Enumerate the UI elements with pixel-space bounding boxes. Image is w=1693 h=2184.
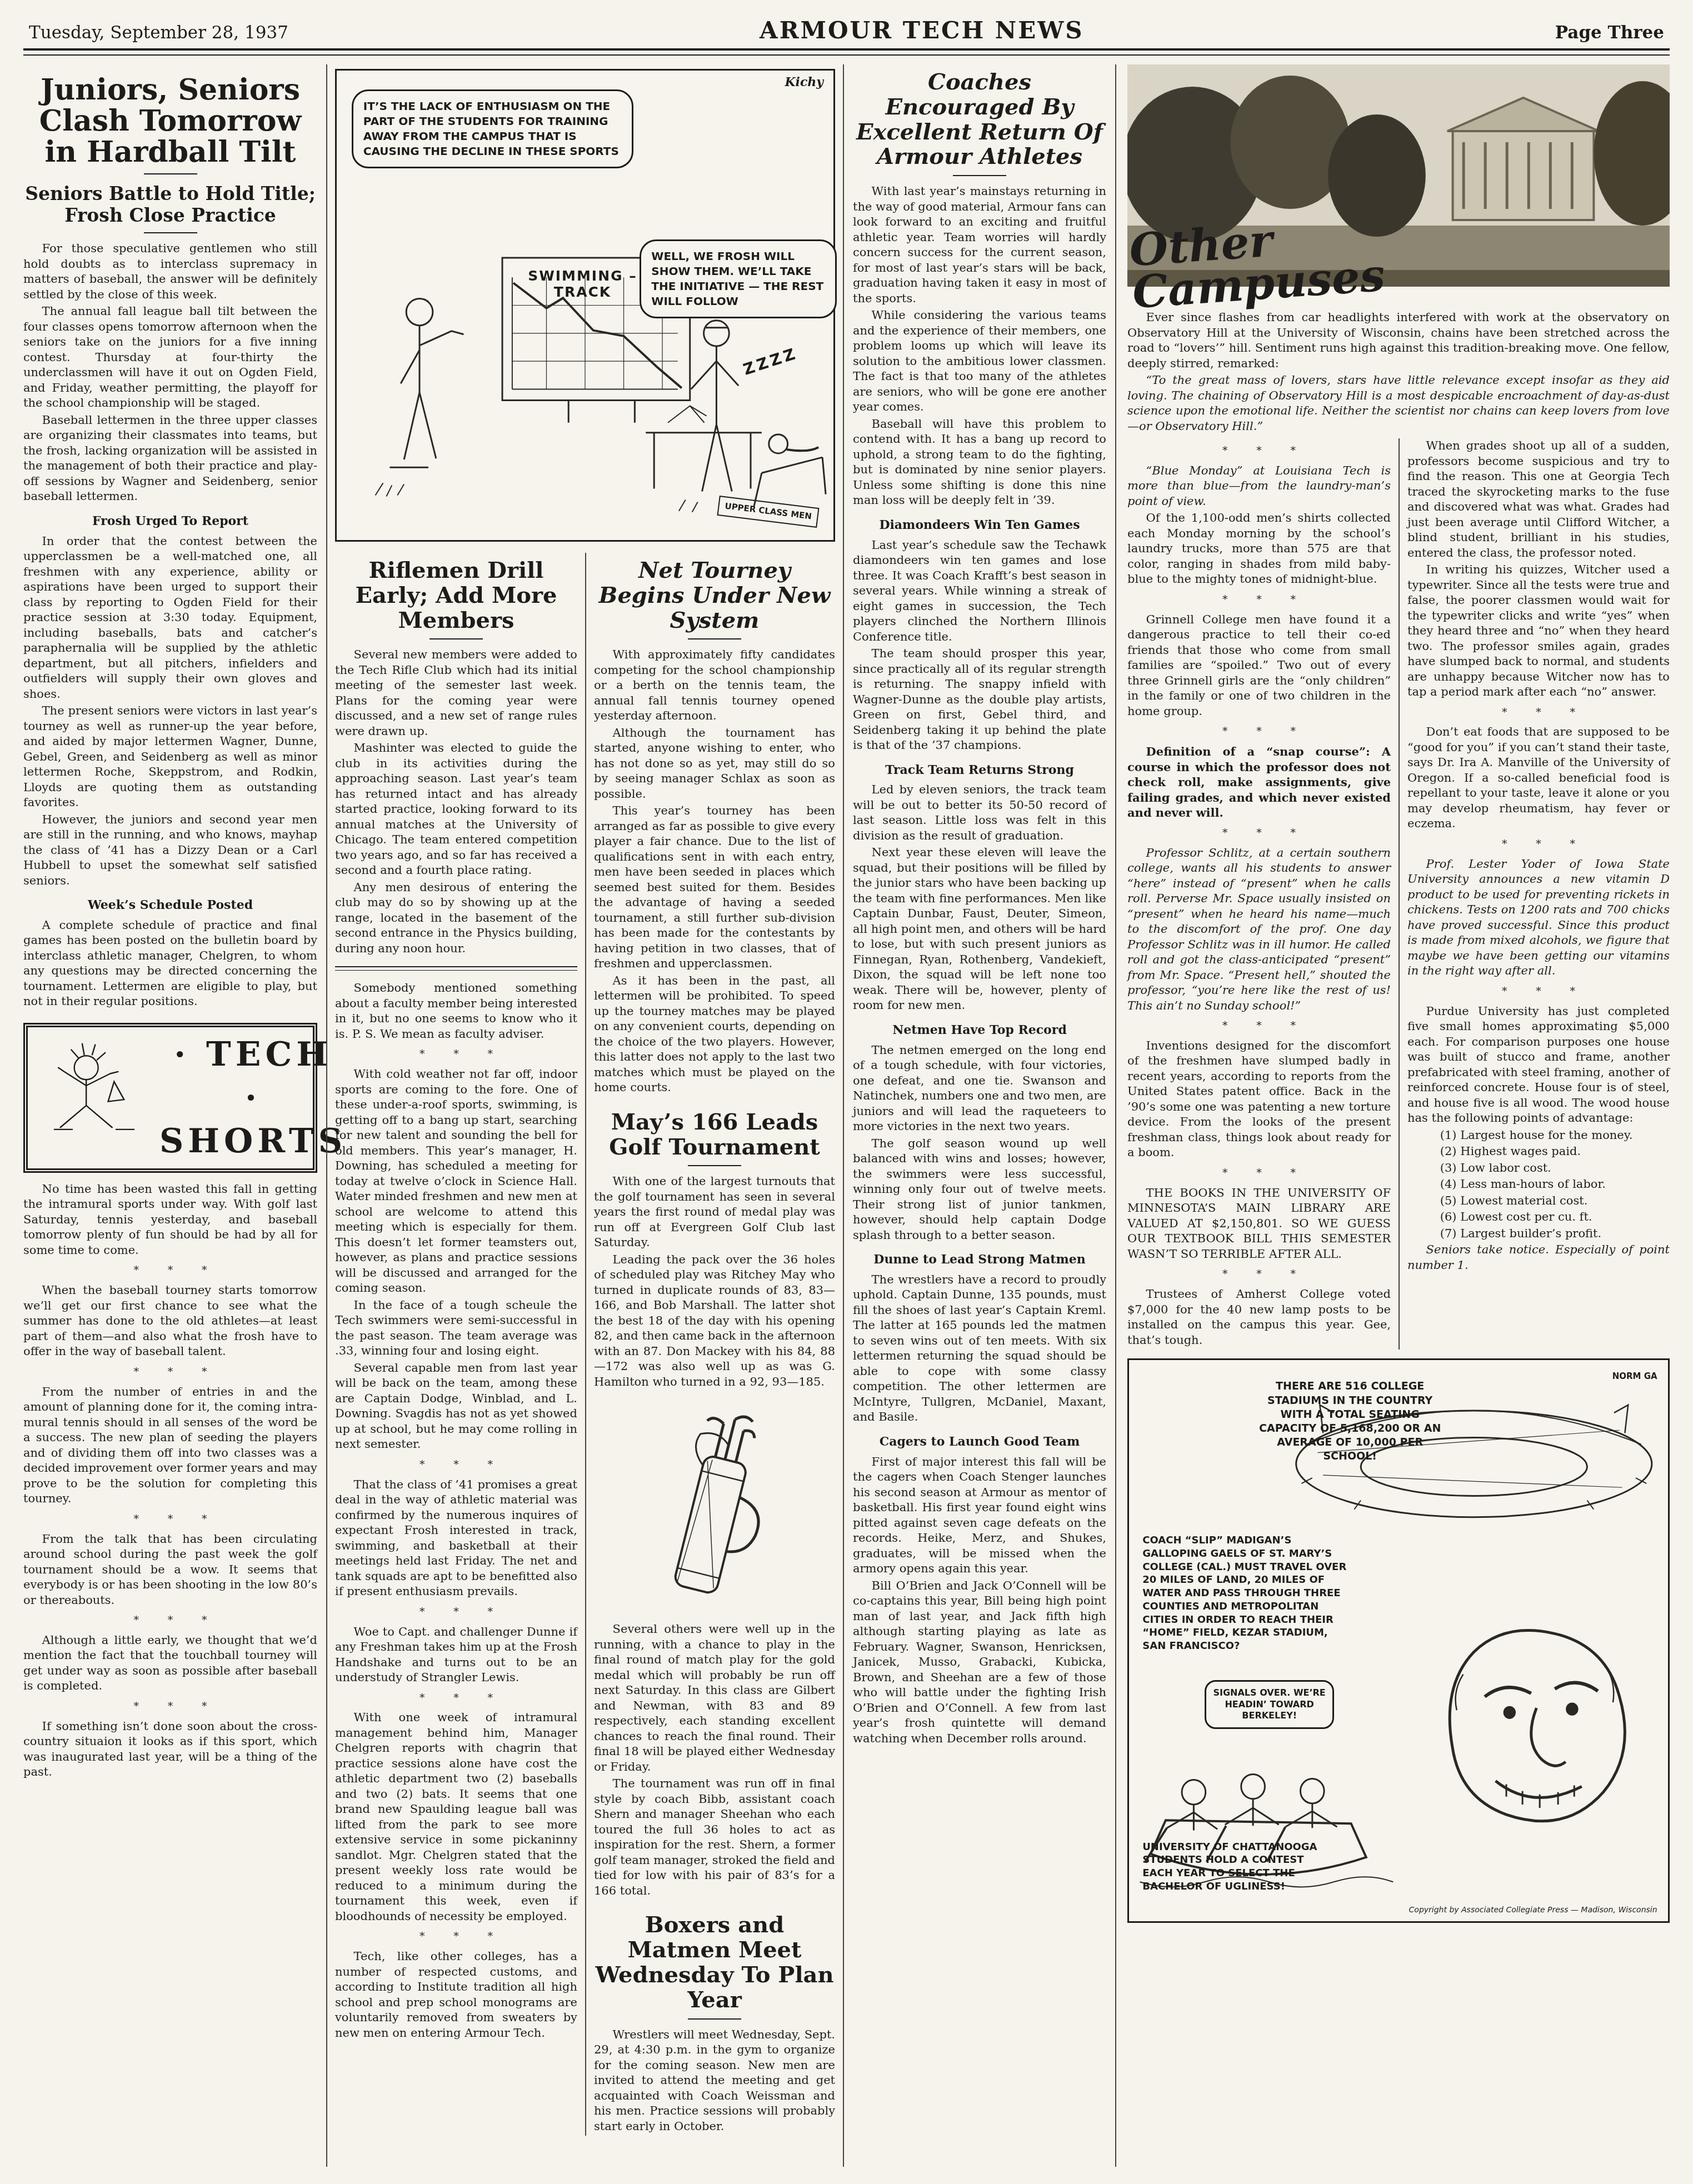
paragraph: * * * [335,1605,577,1619]
comic-chart-label: SWIMMING – TRACK [506,268,660,300]
center-section: It’s the lack of enthusiasm on the part … [326,64,843,2167]
paragraph: (1) Largest house for the money. [1407,1128,1670,1143]
speech-bubble-professor: It’s the lack of enthusiasm on the part … [352,89,633,168]
paragraph: * * * [1127,593,1391,607]
paragraph: * * * [335,1691,577,1705]
paragraph: * * * [23,1512,317,1526]
paragraph: The present seniors were victors in last… [23,703,317,811]
rule-tick [688,638,741,639]
paragraph: Don’t eat foods that are supposed to be … [1407,724,1670,832]
paragraph: When grades shoot up all of a sudden, pr… [1407,438,1670,561]
paragraph: For those speculative gentlemen who stil… [23,241,317,302]
page-columns: Juniors, Seniors Clash Tomorrow in Hardb… [0,56,1693,2167]
paragraph: Baseball will have this problem to conte… [853,417,1106,508]
paragraph: Ever since flashes from car headlights i… [1127,310,1670,371]
page-header: Tuesday, September 28, 1937 ARMOUR TECH … [0,0,1693,48]
rule-tick [688,2018,741,2020]
golf-body-top: With one of the largest turnouts that th… [594,1174,835,1390]
golf-headline: May’s 166 Leads Golf Tournament [594,1110,835,1160]
paragraph: In order that the contest between the up… [23,534,317,702]
paragraph: * * * [23,1365,317,1379]
paragraph: If something isn’t done soon about the c… [23,1719,317,1780]
paragraph: Definition of a “snap course”: A course … [1127,744,1391,821]
paragraph: “Blue Monday” at Louisiana Tech is more … [1127,463,1391,509]
column-2: Riflemen Drill Early; Add More Members S… [335,553,585,2136]
paragraph: In writing his quizzes, Witcher used a t… [1407,562,1670,700]
paragraph: * * * [1407,837,1670,851]
collegiate-cartoon-panel: There are 516 college stadiums in the co… [1127,1358,1670,1923]
other-campuses-section: Other Campuses Ever since flashes from c… [1115,64,1670,2167]
paragraph: * * * [1127,826,1391,840]
tech-shorts-title-line1: · TECH · [159,1033,347,1120]
masthead: ARMOUR TECH NEWS [760,17,1084,44]
comic-artist-signature: Kichy [785,75,823,89]
paragraph: Cagers to Launch Good Team [853,1434,1106,1450]
paragraph: * * * [23,1613,317,1627]
paragraph: * * * [1127,1267,1391,1281]
paragraph: * * * [1407,706,1670,719]
paragraph: Next year these eleven will leave the sq… [853,845,1106,1013]
paragraph: Seniors take notice. Especially of point… [1407,1242,1670,1273]
tech-shorts-title-line2: SHORTS [159,1120,347,1163]
coaches-headline: Coaches Encouraged By Excellent Return O… [853,70,1106,169]
other-campuses-left-column: * * *“Blue Monday” at Louisiana Tech is … [1127,438,1399,1350]
paragraph: Woe to Capt. and challenger Dunne if any… [335,1625,577,1686]
paragraph: Frosh Urged To Report [23,513,317,529]
juniors-body: For those speculative gentlemen who stil… [23,241,317,1009]
paragraph: (4) Less man-hours of labor. [1407,1177,1670,1192]
paragraph: Track Team Returns Strong [853,762,1106,778]
tech-shorts-box: · TECH · SHORTS [23,1023,317,1173]
paragraph: (5) Lowest material cost. [1407,1193,1670,1209]
paragraph: Diamondeers Win Ten Games [853,517,1106,533]
paragraph: In the face of a tough scheule the Tech … [335,1298,577,1359]
paragraph: Dunne to Lead Strong Matmen [853,1252,1106,1268]
paragraph: * * * [335,1930,577,1943]
paragraph: With last year’s mainstays returning in … [853,184,1106,306]
other-campuses-script-title: Other Campuses [1128,211,1394,313]
rule-tick [144,173,197,174]
issue-date: Tuesday, September 28, 1937 [29,23,288,43]
tech-shorts-column1-body: No time has been wasted this fall in get… [23,1182,317,1780]
paragraph: Week’s Schedule Posted [23,897,317,913]
cartoon-artist-signature: NORM GA [1612,1371,1657,1382]
boxers-body: Wrestlers will meet Wednesday, Sept. 29,… [594,2027,835,2135]
center-two-columns: Riflemen Drill Early; Add More Members S… [335,553,835,2136]
chattanooga-caption: University of Chattanooga students hold … [1142,1841,1336,1893]
newspaper-page: Tuesday, September 28, 1937 ARMOUR TECH … [0,0,1693,2184]
paragraph: With cold weather not far off, indoor sp… [335,1067,577,1296]
juniors-deck: Seniors Battle to Hold Title; Frosh Clos… [23,183,317,227]
paragraph: “To the great mass of lovers, stars have… [1127,373,1670,434]
paragraph: Tech, like other colleges, has a number … [335,1949,577,2041]
page-number: Page Three [1555,23,1664,43]
other-campuses-columns: * * *“Blue Monday” at Louisiana Tech is … [1127,438,1670,1350]
paragraph: When the baseball tourney starts tomorro… [23,1283,317,1360]
paragraph: * * * [23,1263,317,1277]
rule-tick [953,175,1006,176]
paragraph: With approximately fifty candidates comp… [594,647,835,724]
paragraph: THE BOOKS IN THE UNIVERSITY OF MINNESOTA… [1127,1186,1391,1262]
paragraph: (3) Low labor cost. [1407,1161,1670,1176]
speech-bubble-frosh: Well, we frosh will show them. We’ll tak… [640,239,837,318]
paragraph: As it has been in the past, all letterme… [594,973,835,1096]
paragraph: However, the juniors and second year men… [23,812,317,889]
paragraph: No time has been wasted this fall in get… [23,1182,317,1258]
paragraph: * * * [335,1047,577,1061]
paragraph: Led by eleven seniors, the track team wi… [853,782,1106,843]
rule-tick [688,1165,741,1166]
berkeley-speech-balloon: Signals over. We’re headin’ toward Berke… [1205,1680,1335,1729]
net-tourney-body: With approximately fifty candidates comp… [594,647,835,1096]
paragraph: The golf season wound up well balanced w… [853,1136,1106,1243]
paragraph: The team should prosper this year, since… [853,646,1106,753]
paragraph: * * * [1407,984,1670,998]
tech-shorts-title: · TECH · SHORTS [159,1033,347,1163]
paragraph: Trustees of Amherst College voted $7,000… [1127,1287,1391,1348]
paragraph: Any men desirous of entering the club ma… [335,880,577,957]
header-rule [23,48,1670,56]
paragraph: Purdue University has just completed fiv… [1407,1004,1670,1126]
other-campuses-intro: Ever since flashes from car headlights i… [1127,310,1670,434]
paragraph: Of the 1,100-odd men’s shirts collected … [1127,511,1391,587]
paragraph: (6) Lowest cost per cu. ft. [1407,1210,1670,1225]
tech-shorts-column2-body: Somebody mentioned something about a fac… [335,981,577,2041]
paragraph: Mashinter was elected to guide the club … [335,741,577,878]
net-tourney-headline: Net Tourney Begins Under New System [594,558,835,633]
coaches-body: With last year’s mainstays returning in … [853,184,1106,1746]
editorial-comic: It’s the lack of enthusiasm on the part … [335,69,835,542]
riflemen-body: Several new members were added to the Te… [335,647,577,956]
paragraph: Prof. Lester Yoder of Iowa State Univers… [1407,857,1670,979]
paragraph: * * * [1127,1019,1391,1033]
paragraph: The tournament was run off in final styl… [594,1776,835,1898]
riflemen-headline: Riflemen Drill Early; Add More Members [335,558,577,633]
paragraph: Leading the pack over the 36 holes of sc… [594,1252,835,1390]
paragraph: Somebody mentioned something about a fac… [335,981,577,1042]
column-3: Net Tourney Begins Under New System With… [585,553,835,2136]
paragraph: Bill O’Brien and Jack O’Connell will be … [853,1578,1106,1747]
paragraph: Although the tournament has started, any… [594,726,835,802]
paragraph: The wrestlers have a record to proudly u… [853,1272,1106,1425]
paragraph: Several others were well up in the runni… [594,1622,835,1775]
paragraph: (2) Highest wages paid. [1407,1144,1670,1160]
paragraph: Inventions designed for the discomfort o… [1127,1038,1391,1161]
paragraph: Wrestlers will meet Wednesday, Sept. 29,… [594,2027,835,2135]
paragraph: * * * [1127,444,1391,458]
paragraph: First of major interest this fall will b… [853,1455,1106,1577]
golf-body-bottom: Several others were well up in the runni… [594,1622,835,1898]
paragraph: The annual fall league ball tilt between… [23,304,317,411]
column-4: Coaches Encouraged By Excellent Return O… [843,64,1115,2167]
paragraph: Baseball lettermen in the three upper cl… [23,413,317,504]
paragraph: From the talk that has been circulating … [23,1532,317,1608]
paragraph: Last year’s schedule saw the Techawk dia… [853,538,1106,645]
rule-tick [144,232,197,233]
paragraph: (7) Largest builder’s profit. [1407,1226,1670,1242]
boxers-headline: Boxers and Matmen Meet Wednesday To Plan… [594,1913,835,2012]
paragraph: From the number of entries in and the am… [23,1385,317,1507]
paragraph: While considering the various teams and … [853,308,1106,415]
section-divider-rule [335,966,577,971]
paragraph: * * * [23,1700,317,1713]
paragraph: * * * [1127,1166,1391,1180]
cheerleader-icon [34,1038,154,1157]
paragraph: That the class of ’41 promises a great d… [335,1477,577,1600]
paragraph: Netmen Have Top Record [853,1022,1106,1038]
paragraph: Grinnell College men have found it a dan… [1127,612,1391,719]
cartoon-copyright-credit: Copyright by Associated Collegiate Press… [1409,1906,1657,1915]
paragraph: * * * [335,1458,577,1472]
paragraph: A complete schedule of practice and fina… [23,918,317,1009]
paragraph: * * * [1127,724,1391,738]
paragraph: Professor Schlitz, at a certain southern… [1127,846,1391,1014]
column-1: Juniors, Seniors Clash Tomorrow in Hardb… [23,64,326,2167]
golf-bag-illustration [645,1397,784,1614]
paragraph: This year’s tourney has been arranged as… [594,803,835,972]
paragraph: Although a little early, we thought that… [23,1633,317,1694]
paragraph: The netmen emerged on the long end of a … [853,1043,1106,1135]
madigan-caption: Coach “Slip” Madigan’s galloping Gaels o… [1142,1534,1352,1653]
paragraph: With one week of intramural management b… [335,1710,577,1924]
paragraph: Several new members were added to the Te… [335,647,577,739]
stadium-caption: There are 516 college stadiums in the co… [1253,1380,1447,1463]
paragraph: With one of the largest turnouts that th… [594,1174,835,1251]
rule-tick [430,638,483,639]
other-campuses-right-column: When grades shoot up all of a sudden, pr… [1399,438,1670,1350]
juniors-headline: Juniors, Seniors Clash Tomorrow in Hardb… [23,74,317,168]
paragraph: Several capable men from last year will … [335,1361,577,1452]
